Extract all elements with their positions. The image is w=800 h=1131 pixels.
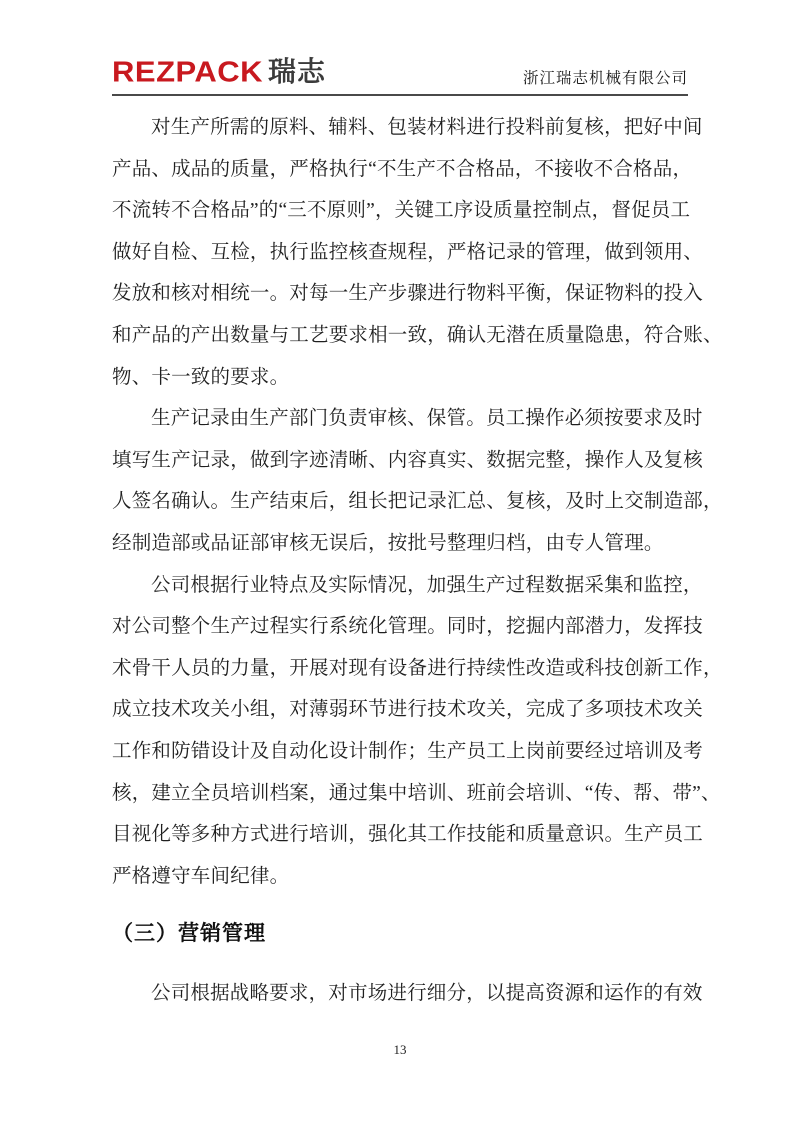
logo-chinese-text: 瑞志	[268, 50, 326, 90]
paragraph-line: 公司根据行业特点及实际情况，加强生产过程数据采集和监控，	[112, 565, 688, 607]
document-page: REZPACK 瑞志 浙江瑞志机械有限公司 对生产所需的原料、辅料、包装材料进行…	[0, 0, 800, 1131]
paragraph-line: 人签名确认。生产结束后，组长把记录汇总、复核，及时上交制造部，	[112, 481, 688, 523]
paragraph-line: 不流转不合格品”的“三不原则”，关键工序设质量控制点，督促员工	[112, 190, 688, 232]
paragraph-line: 物、卡一致的要求。	[112, 357, 688, 399]
logo-latin-text: REZPACK	[112, 56, 263, 89]
paragraph-line: 公司根据战略要求，对市场进行细分，以提高资源和运作的有效	[112, 973, 688, 1015]
paragraph-line: 严格遵守车间纪律。	[112, 856, 688, 898]
paragraph: 生产记录由生产部门负责审核、保管。员工操作必须按要求及时 填写生产记录，做到字迹…	[112, 398, 688, 564]
paragraph-line: 目视化等多种方式进行培训，强化其工作技能和质量意识。生产员工	[112, 814, 688, 856]
paragraph-line: 产品、成品的质量，严格执行“不生产不合格品，不接收不合格品，	[112, 149, 688, 191]
paragraph-line: 对生产所需的原料、辅料、包装材料进行投料前复核，把好中间	[112, 107, 688, 149]
paragraph: 公司根据战略要求，对市场进行细分，以提高资源和运作的有效	[112, 973, 688, 1015]
paragraph-line: 生产记录由生产部门负责审核、保管。员工操作必须按要求及时	[112, 398, 688, 440]
paragraph-line: 经制造部或品证部审核无误后，按批号整理归档，由专人管理。	[112, 523, 688, 565]
company-name: 浙江瑞志机械有限公司	[523, 66, 688, 90]
paragraph: 对生产所需的原料、辅料、包装材料进行投料前复核，把好中间 产品、成品的质量，严格…	[112, 107, 688, 398]
paragraph-line: 发放和核对相统一。对每一生产步骤进行物料平衡，保证物料的投入	[112, 273, 688, 315]
header-divider	[112, 94, 688, 96]
paragraph-line: 术骨干人员的力量，开展对现有设备进行持续性改造或科技创新工作，	[112, 648, 688, 690]
page-number: 13	[0, 1042, 800, 1058]
document-body: 对生产所需的原料、辅料、包装材料进行投料前复核，把好中间 产品、成品的质量，严格…	[112, 107, 688, 1015]
paragraph-line: 和产品的产出数量与工艺要求相一致，确认无潜在质量隐患，符合账、	[112, 315, 688, 357]
paragraph-line: 对公司整个生产过程实行系统化管理。同时，挖掘内部潜力，发挥技	[112, 606, 688, 648]
paragraph-line: 工作和防错设计及自动化设计制作；生产员工上岗前要经过培训及考	[112, 731, 688, 773]
section-heading: （三）营销管理	[112, 913, 688, 955]
paragraph-line: 做好自检、互检，执行监控核查规程，严格记录的管理，做到领用、	[112, 232, 688, 274]
page-header: REZPACK 瑞志 浙江瑞志机械有限公司	[112, 50, 688, 90]
paragraph-line: 核，建立全员培训档案，通过集中培训、班前会培训、“传、帮、带”、	[112, 773, 688, 815]
company-logo: REZPACK 瑞志	[112, 50, 326, 90]
paragraph: 公司根据行业特点及实际情况，加强生产过程数据采集和监控， 对公司整个生产过程实行…	[112, 565, 688, 898]
paragraph-line: 成立技术攻关小组，对薄弱环节进行技术攻关，完成了多项技术攻关	[112, 689, 688, 731]
paragraph-line: 填写生产记录，做到字迹清晰、内容真实、数据完整，操作人及复核	[112, 440, 688, 482]
